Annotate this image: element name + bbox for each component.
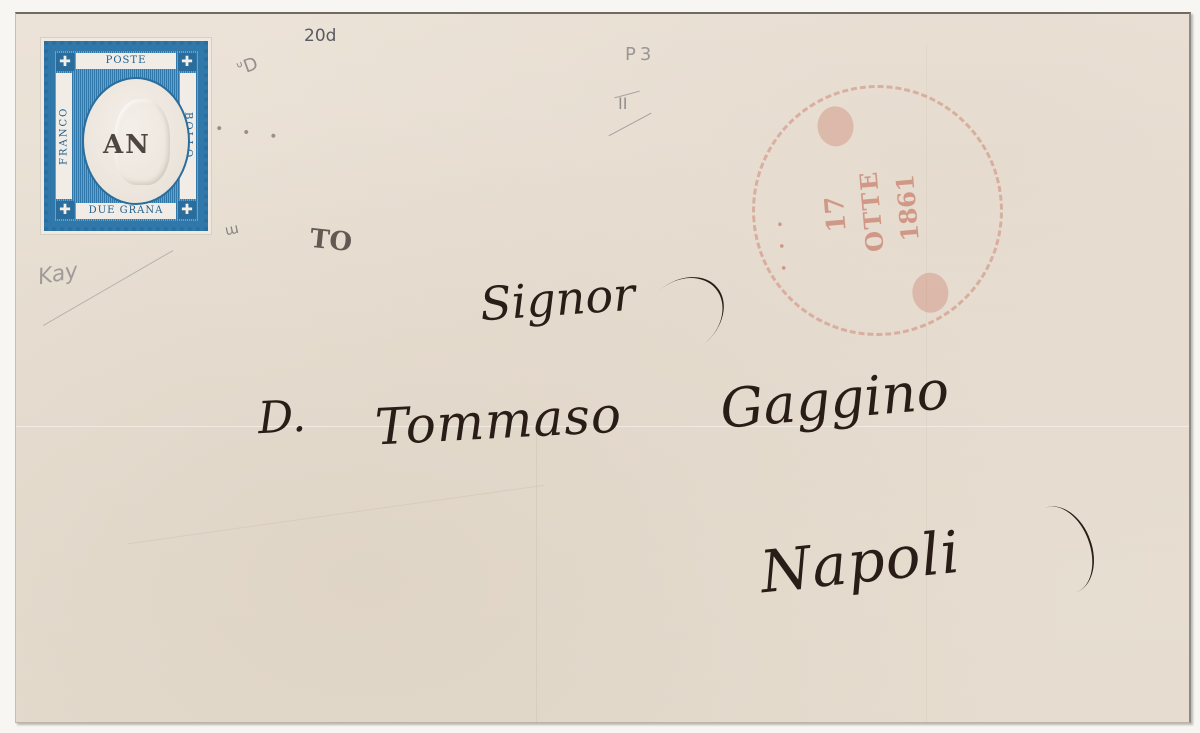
stamp-value-label: DUE GRANA (76, 203, 176, 219)
cross-icon: ✚ (178, 201, 196, 219)
cancel-mark-fragment: TO (309, 224, 354, 258)
pencil-position-note: P3 (625, 44, 655, 65)
address-salutation: Signor (478, 267, 636, 332)
pencil-reference-note: 20d (304, 26, 336, 46)
stamp-left-label: FRANCO (56, 73, 72, 199)
cross-icon: ✚ (178, 53, 196, 71)
paper-crease (536, 434, 537, 724)
stamp-top-label: POSTE (76, 53, 176, 69)
postage-stamp: ✚ ✚ ✚ ✚ POSTE DUE GRANA FRANCO BOLLO AN (40, 37, 212, 235)
cross-icon: ✚ (56, 53, 74, 71)
stamp-cancel-mark: AN (103, 130, 151, 160)
paper-crease (128, 485, 544, 544)
pencil-roman-note: II (618, 94, 627, 113)
address-title: D. (257, 391, 307, 444)
cross-icon: ✚ (56, 201, 74, 219)
postmark-town: · · · (767, 216, 796, 273)
